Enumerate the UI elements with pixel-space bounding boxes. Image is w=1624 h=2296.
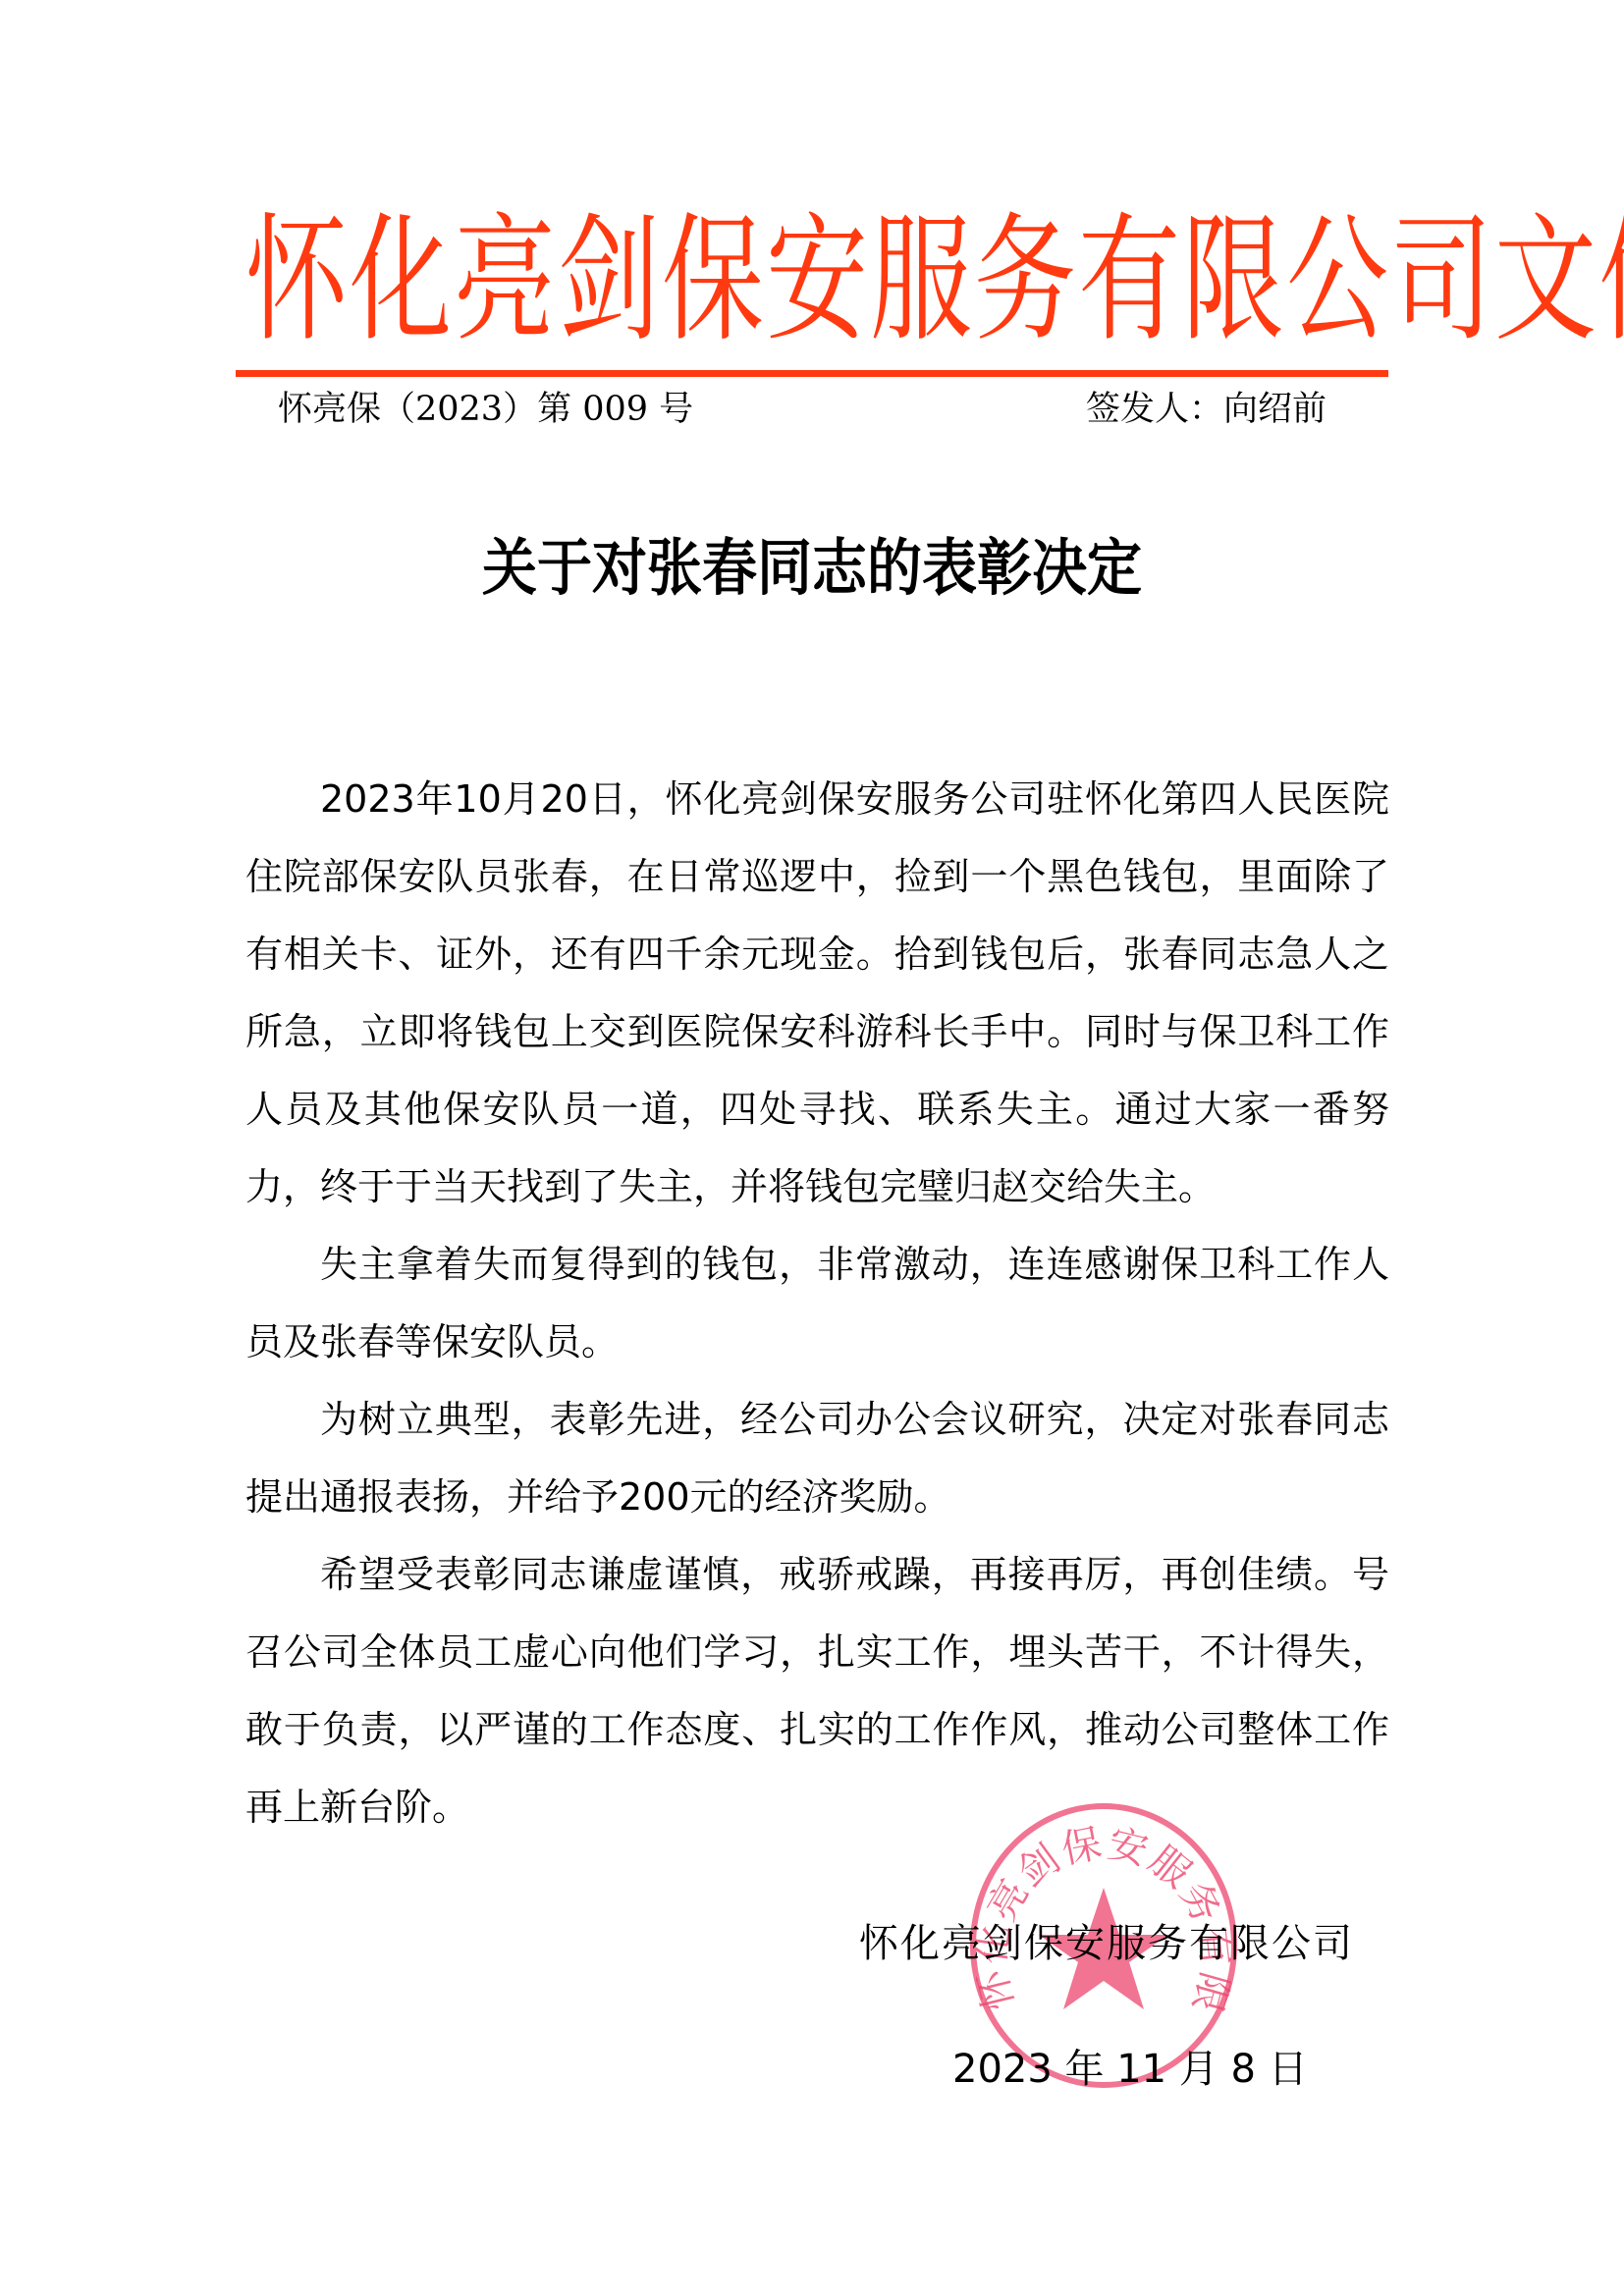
header-red-rule	[236, 370, 1388, 377]
document-title: 关于对张春同志的表彰决定	[0, 525, 1624, 614]
document-header-title: 怀化亮剑保安服务有限公司文件	[245, 174, 1384, 386]
document-body: 2023年10月20日，怀化亮剑保安服务公司驻怀化第四人民医院住院部保安队员张春…	[245, 761, 1389, 1846]
body-paragraph: 失主拿着失而复得到的钱包，非常激动，连连感谢保卫科工作人员及张春等保安队员。	[245, 1226, 1389, 1381]
body-paragraph: 希望受表彰同志谦虚谨慎，戒骄戒躁，再接再厉，再创佳绩。号召公司全体员工虚心向他们…	[245, 1536, 1389, 1846]
signer: 签发人：向绍前	[1086, 385, 1326, 434]
document-number: 怀亮保（2023）第 009 号	[278, 385, 693, 434]
signature-company: 怀化亮剑保安服务有限公司	[859, 1914, 1354, 1973]
signer-label: 签发人：	[1086, 390, 1223, 429]
body-paragraph: 为树立典型，表彰先进，经公司办公会议研究，决定对张春同志提出通报表扬，并给予20…	[245, 1381, 1389, 1536]
body-paragraph: 2023年10月20日，怀化亮剑保安服务公司驻怀化第四人民医院住院部保安队员张春…	[245, 761, 1389, 1226]
signer-name: 向绍前	[1223, 390, 1326, 429]
signature-date: 2023 年 11 月 8 日	[952, 2040, 1308, 2099]
